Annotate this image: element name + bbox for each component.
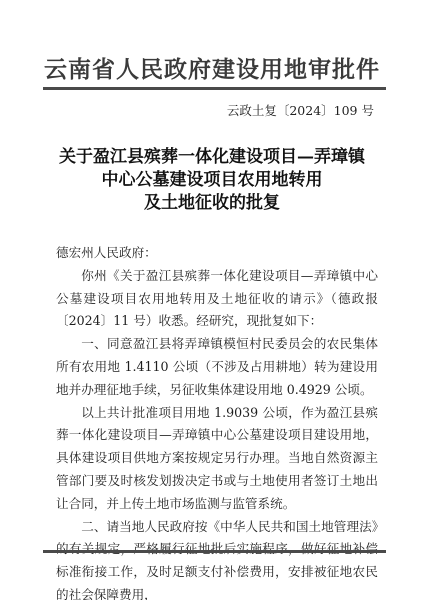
document-title-line: 关于盈江县殡葬一体化建设项目—弄璋镇: [0, 146, 424, 169]
paragraph: 以上共计批准项目用地 1.9039 公顷，作为盈江县殡葬一体化建设项目—弄璋镇中…: [56, 402, 378, 516]
bottom-divider: [43, 550, 386, 553]
document-title-line: 及土地征收的批复: [0, 192, 424, 215]
document-number: 云政土复〔2024〕109 号: [227, 101, 374, 119]
salutation: 德宏州人民政府：: [56, 242, 378, 265]
document-title: 关于盈江县殡葬一体化建设项目—弄璋镇 中心公墓建设项目农用地转用 及土地征收的批…: [0, 146, 424, 215]
header-title: 云南省人民政府建设用地审批件: [0, 57, 424, 83]
document-title-line: 中心公墓建设项目农用地转用: [0, 169, 424, 192]
document-body: 德宏州人民政府： 你州《关于盈江县殡葬一体化建设项目—弄璋镇中心公墓建设项目农用…: [56, 242, 378, 600]
paragraph: 你州《关于盈江县殡葬一体化建设项目—弄璋镇中心公墓建设项目农用地转用及土地征收的…: [56, 265, 378, 333]
paragraph: 一、同意盈江县将弄璋镇模恒村民委员会的农民集体所有农用地 1.4110 公顷（不…: [56, 333, 378, 401]
top-divider: [43, 87, 386, 90]
paragraph: 二、请当地人民政府按《中华人民共和国土地管理法》的有关规定，严格履行征地批后实施…: [56, 516, 378, 600]
